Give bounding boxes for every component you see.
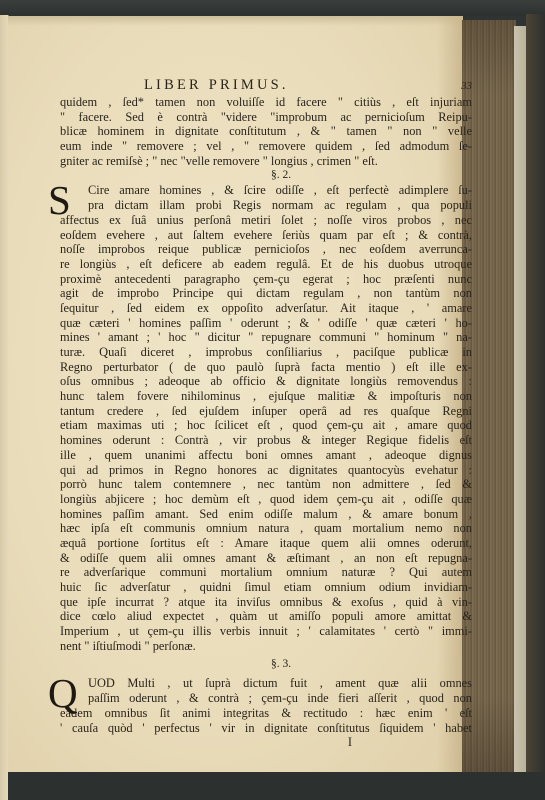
text-line: qui ad primos in Regno honores ac dignit… [60,463,472,478]
text-line: mines ' amant ; ' hoc " dicitur " repugn… [60,330,472,345]
text-line: homines oderunt : Contrà , vir probus & … [60,433,472,448]
drop-cap-s: S [48,181,71,219]
text-line: blicæ hominem in dignitate conſtitutum ,… [60,124,472,139]
text-line: etiam maximas uti ; hoc ſcilicet eſt , q… [60,418,472,433]
section-marker-2: §. 2. [60,168,472,183]
text-line: dice cœlo aliud expectet , quàm ut amiſſ… [60,609,472,624]
text-line: noſſe improbos reique publicæ pernicioſo… [60,242,472,257]
section-marker-3: §. 3. [60,657,472,672]
text-line: affectus ex ſuâ unius perſonâ metiri ſol… [60,213,472,228]
section-3: Q UOD Multi , ut ſuprà dictum fuit , ame… [60,676,472,735]
page-header: LIBER PRIMUS. 33 [60,78,472,95]
text-line: turæ. Quaſi diceret , improbus conſiliar… [60,345,472,360]
text-line: gniter ac remiſsè ; " nec "velle remover… [60,154,472,169]
scanner-top-edge [0,0,545,16]
page-text: LIBER PRIMUS. 33 quidem , ſed* tamen non… [60,78,472,751]
text-line: re adverſarique communi mortalium omnium… [60,565,472,580]
text-line: nent " iſtiuſmodi " perſonæ. [60,639,472,654]
text-line: " facere. Sed è contrà "videre "improbum… [60,110,472,125]
signature-mark: I [60,735,472,751]
text-line: eadem omnibus ſit animi integritas & rec… [60,706,472,721]
text-line: pra dictam illam probi Regis normam ac r… [60,198,472,213]
text-line: Regno perturbator ( de quo paulò ſuprà f… [60,360,472,375]
text-line: oſus omnibus ; adeoque ab officio & dign… [60,374,472,389]
text-line: ſequitur , ſed eidem ex oppoſito adverſa… [60,301,472,316]
book-board-edge [514,26,526,772]
book-cover [526,14,545,784]
scanner-bottom-edge [8,772,545,800]
paragraph-continuation: quidem , ſed* tamen non voluiſſe id face… [60,95,472,168]
text-line: UOD Multi , ut ſuprà dictum fuit , ament… [60,676,472,691]
book-scan: LIBER PRIMUS. 33 quidem , ſed* tamen non… [0,0,545,800]
text-line: Cire amare homines , & ſcire odiſſe , eſ… [60,183,472,198]
text-line: ille , quem unanimi affectu boni omnes a… [60,448,472,463]
text-line: porrò hunc talem contemnere , nec tantùm… [60,477,472,492]
text-line: agit de improbo Principe qui dictam regu… [60,286,472,301]
page-number: 33 [461,79,472,94]
text-line: re longiùs , eſt deficere ab eadem regul… [60,257,472,272]
text-line: hunc talem fovere nihilominus , ejuſque … [60,389,472,404]
text-line: hæc ipſa eſt communis omnium natura , qu… [60,521,472,536]
text-line: quæ cæteri ' homines paſſim ' oderunt ; … [60,316,472,331]
text-line: quidem , ſed* tamen non voluiſſe id face… [60,95,472,110]
text-line: Imperium , ut çem-çu illis verbis innuit… [60,624,472,639]
drop-cap-q: Q [48,674,78,712]
text-line: proximè antecedenti paragrapho çem-çu eg… [60,272,472,287]
text-line: huic ſic adverſatur , quidni ſimul etiam… [60,580,472,595]
text-line: eum inde " removere ; vel , " removere q… [60,139,472,154]
running-head: LIBER PRIMUS. [144,78,289,93]
text-line: & odiſſe quem alii omnes amant & æſtiman… [60,551,472,566]
text-line: tantum credere , ſed ejuſdem inſuper ope… [60,404,472,419]
text-line: æquâ portione ſortitus eſt : Amare itaqu… [60,536,472,551]
text-line: homines paſſim amant. Sed enim odiſſe ma… [60,507,472,522]
text-line: paſſim oderunt , & contrà ; çem-çu inde … [60,691,472,706]
text-line: ' cauſa quòd ' perfectus ' vir in dignit… [60,721,472,736]
text-line: eoſdem evehere , aut ſaltem evehere ſeri… [60,228,472,243]
section-2: S Cire amare homines , & ſcire odiſſe , … [60,183,472,653]
text-line: que ipſe incurrat ? atque ita inviſus om… [60,595,472,610]
text-line: longiùs abjicere ; hoc demùm eſt , quod … [60,492,472,507]
